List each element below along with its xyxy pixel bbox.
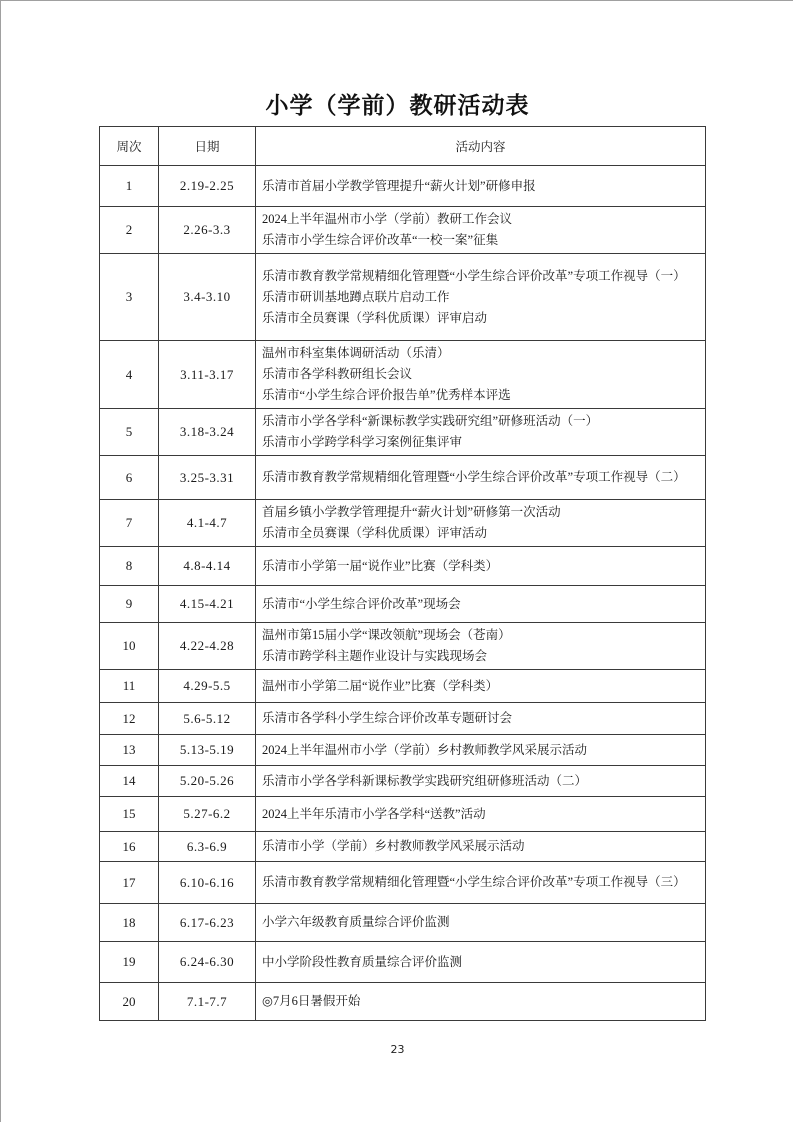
table-row: 53.18-3.24乐清市小学各学科“新课标教学实践研究组”研修班活动（一）乐清… — [100, 409, 706, 456]
table-row: 186.17-6.23小学六年级教育质量综合评价监测 — [100, 904, 706, 942]
activity-cell: 乐清市小学第一届“说作业”比赛（学科类） — [256, 547, 706, 586]
activity-cell: 小学六年级教育质量综合评价监测 — [256, 904, 706, 942]
activity-cell: 温州市科室集体调研活动（乐清）乐清市各学科教研组长会议乐清市“小学生综合评价报告… — [256, 341, 706, 409]
activity-item: 乐清市“小学生综合评价报告单”优秀样本评选 — [262, 385, 699, 406]
activity-item: 乐清市教育教学常规精细化管理暨“小学生综合评价改革”专项工作视导（三） — [262, 872, 699, 893]
table-row: 207.1-7.7◎7月6日暑假开始 — [100, 983, 706, 1021]
activity-cell: 乐清市小学各学科“新课标教学实践研究组”研修班活动（一）乐清市小学跨学科学习案例… — [256, 409, 706, 456]
activity-item: 小学六年级教育质量综合评价监测 — [262, 912, 699, 933]
date-cell: 3.25-3.31 — [159, 456, 256, 500]
table-row: 114.29-5.5温州市小学第二届“说作业”比赛（学科类） — [100, 670, 706, 703]
activity-item: 首届乡镇小学教学管理提升“薪火计划”研修第一次活动 — [262, 502, 699, 523]
activity-cell: 首届乡镇小学教学管理提升“薪火计划”研修第一次活动乐清市全员赛课（学科优质课）评… — [256, 500, 706, 547]
week-cell: 1 — [100, 166, 159, 207]
week-cell: 3 — [100, 254, 159, 341]
activity-item: 乐清市小学跨学科学习案例征集评审 — [262, 432, 699, 453]
activity-item: 乐清市小学（学前）乡村教师教学风采展示活动 — [262, 836, 699, 857]
activity-cell: 中小学阶段性教育质量综合评价监测 — [256, 942, 706, 983]
date-cell: 3.18-3.24 — [159, 409, 256, 456]
activity-cell: 乐清市首届小学教学管理提升“薪火计划”研修申报 — [256, 166, 706, 207]
table-row: 155.27-6.22024上半年乐清市小学各学科“送教”活动 — [100, 797, 706, 832]
table-row: 94.15-4.21乐清市“小学生综合评价改革”现场会 — [100, 586, 706, 623]
activity-item: 2024上半年温州市小学（学前）乡村教师教学风采展示活动 — [262, 740, 699, 761]
activity-item: 2024上半年温州市小学（学前）教研工作会议 — [262, 209, 699, 230]
table-header-row: 周次 日期 活动内容 — [100, 127, 706, 166]
activity-cell: 2024上半年乐清市小学各学科“送教”活动 — [256, 797, 706, 832]
table-row: 166.3-6.9乐清市小学（学前）乡村教师教学风采展示活动 — [100, 832, 706, 862]
table-row: 22.26-3.32024上半年温州市小学（学前）教研工作会议乐清市小学生综合评… — [100, 207, 706, 254]
activity-cell: 2024上半年温州市小学（学前）乡村教师教学风采展示活动 — [256, 735, 706, 766]
table-row: 196.24-6.30中小学阶段性教育质量综合评价监测 — [100, 942, 706, 983]
week-cell: 17 — [100, 862, 159, 904]
date-cell: 5.6-5.12 — [159, 703, 256, 735]
activity-item: 乐清市教育教学常规精细化管理暨“小学生综合评价改革”专项工作视导（二） — [262, 467, 699, 488]
date-cell: 4.8-4.14 — [159, 547, 256, 586]
week-cell: 13 — [100, 735, 159, 766]
week-cell: 15 — [100, 797, 159, 832]
week-cell: 11 — [100, 670, 159, 703]
activity-item: 温州市第15届小学“课改领航”现场会（苍南） — [262, 625, 699, 646]
date-cell: 6.24-6.30 — [159, 942, 256, 983]
activity-item: 乐清市全员赛课（学科优质课）评审活动 — [262, 523, 699, 544]
header-week: 周次 — [100, 127, 159, 166]
table-row: 74.1-4.7首届乡镇小学教学管理提升“薪火计划”研修第一次活动乐清市全员赛课… — [100, 500, 706, 547]
activity-item: 乐清市小学第一届“说作业”比赛（学科类） — [262, 556, 699, 577]
date-cell: 5.13-5.19 — [159, 735, 256, 766]
date-cell: 6.10-6.16 — [159, 862, 256, 904]
activity-item: 乐清市教育教学常规精细化管理暨“小学生综合评价改革”专项工作视导（一） — [262, 266, 699, 287]
activity-cell: 乐清市各学科小学生综合评价改革专题研讨会 — [256, 703, 706, 735]
week-cell: 5 — [100, 409, 159, 456]
week-cell: 9 — [100, 586, 159, 623]
week-cell: 10 — [100, 623, 159, 670]
date-cell: 7.1-7.7 — [159, 983, 256, 1021]
table-row: 84.8-4.14乐清市小学第一届“说作业”比赛（学科类） — [100, 547, 706, 586]
date-cell: 6.3-6.9 — [159, 832, 256, 862]
table-row: 145.20-5.26乐清市小学各学科新课标教学实践研究组研修班活动（二） — [100, 766, 706, 797]
activity-schedule-table: 周次 日期 活动内容 12.19-2.25乐清市首届小学教学管理提升“薪火计划”… — [99, 126, 706, 1021]
week-cell: 6 — [100, 456, 159, 500]
activity-item: 乐清市小学生综合评价改革“一校一案”征集 — [262, 230, 699, 251]
date-cell: 6.17-6.23 — [159, 904, 256, 942]
week-cell: 18 — [100, 904, 159, 942]
week-cell: 19 — [100, 942, 159, 983]
activity-item: 乐清市小学各学科“新课标教学实践研究组”研修班活动（一） — [262, 411, 699, 432]
activity-item: 乐清市跨学科主题作业设计与实践现场会 — [262, 646, 699, 667]
table-row: 104.22-4.28温州市第15届小学“课改领航”现场会（苍南）乐清市跨学科主… — [100, 623, 706, 670]
date-cell: 5.27-6.2 — [159, 797, 256, 832]
week-cell: 20 — [100, 983, 159, 1021]
week-cell: 12 — [100, 703, 159, 735]
week-cell: 14 — [100, 766, 159, 797]
activity-cell: ◎7月6日暑假开始 — [256, 983, 706, 1021]
activity-cell: 温州市第15届小学“课改领航”现场会（苍南）乐清市跨学科主题作业设计与实践现场会 — [256, 623, 706, 670]
activity-cell: 乐清市教育教学常规精细化管理暨“小学生综合评价改革”专项工作视导（一）乐清市研训… — [256, 254, 706, 341]
activity-item: 乐清市各学科小学生综合评价改革专题研讨会 — [262, 708, 699, 729]
activity-item: 乐清市全员赛课（学科优质课）评审启动 — [262, 308, 699, 329]
document-page: 小学（学前）教研活动表 周次 日期 活动内容 12.19-2.25乐清市首届小学… — [0, 0, 793, 1122]
activity-item: 乐清市“小学生综合评价改革”现场会 — [262, 594, 699, 615]
table-row: 33.4-3.10乐清市教育教学常规精细化管理暨“小学生综合评价改革”专项工作视… — [100, 254, 706, 341]
table-row: 63.25-3.31乐清市教育教学常规精细化管理暨“小学生综合评价改革”专项工作… — [100, 456, 706, 500]
date-cell: 3.11-3.17 — [159, 341, 256, 409]
activity-cell: 乐清市教育教学常规精细化管理暨“小学生综合评价改革”专项工作视导（二） — [256, 456, 706, 500]
activity-cell: 乐清市“小学生综合评价改革”现场会 — [256, 586, 706, 623]
week-cell: 2 — [100, 207, 159, 254]
activity-item: 2024上半年乐清市小学各学科“送教”活动 — [262, 804, 699, 825]
activity-item: ◎7月6日暑假开始 — [262, 991, 699, 1012]
table-row: 176.10-6.16乐清市教育教学常规精细化管理暨“小学生综合评价改革”专项工… — [100, 862, 706, 904]
activity-cell: 2024上半年温州市小学（学前）教研工作会议乐清市小学生综合评价改革“一校一案”… — [256, 207, 706, 254]
date-cell: 4.22-4.28 — [159, 623, 256, 670]
activity-item: 中小学阶段性教育质量综合评价监测 — [262, 952, 699, 973]
activity-item: 乐清市各学科教研组长会议 — [262, 364, 699, 385]
table-row: 125.6-5.12乐清市各学科小学生综合评价改革专题研讨会 — [100, 703, 706, 735]
week-cell: 16 — [100, 832, 159, 862]
week-cell: 7 — [100, 500, 159, 547]
date-cell: 4.1-4.7 — [159, 500, 256, 547]
activity-item: 温州市小学第二届“说作业”比赛（学科类） — [262, 676, 699, 697]
header-content: 活动内容 — [256, 127, 706, 166]
activity-item: 温州市科室集体调研活动（乐清） — [262, 343, 699, 364]
activity-item: 乐清市小学各学科新课标教学实践研究组研修班活动（二） — [262, 771, 699, 792]
activity-item: 乐清市研训基地蹲点联片启动工作 — [262, 287, 699, 308]
page-title: 小学（学前）教研活动表 — [1, 87, 793, 121]
header-date: 日期 — [159, 127, 256, 166]
date-cell: 4.29-5.5 — [159, 670, 256, 703]
date-cell: 5.20-5.26 — [159, 766, 256, 797]
date-cell: 3.4-3.10 — [159, 254, 256, 341]
date-cell: 4.15-4.21 — [159, 586, 256, 623]
table-row: 43.11-3.17温州市科室集体调研活动（乐清）乐清市各学科教研组长会议乐清市… — [100, 341, 706, 409]
date-cell: 2.26-3.3 — [159, 207, 256, 254]
table-row: 135.13-5.192024上半年温州市小学（学前）乡村教师教学风采展示活动 — [100, 735, 706, 766]
activity-item: 乐清市首届小学教学管理提升“薪火计划”研修申报 — [262, 176, 699, 197]
page-number: 23 — [1, 1043, 793, 1056]
table-body: 12.19-2.25乐清市首届小学教学管理提升“薪火计划”研修申报22.26-3… — [100, 166, 706, 1021]
activity-cell: 乐清市小学（学前）乡村教师教学风采展示活动 — [256, 832, 706, 862]
table-row: 12.19-2.25乐清市首届小学教学管理提升“薪火计划”研修申报 — [100, 166, 706, 207]
week-cell: 8 — [100, 547, 159, 586]
activity-cell: 乐清市小学各学科新课标教学实践研究组研修班活动（二） — [256, 766, 706, 797]
activity-cell: 温州市小学第二届“说作业”比赛（学科类） — [256, 670, 706, 703]
week-cell: 4 — [100, 341, 159, 409]
date-cell: 2.19-2.25 — [159, 166, 256, 207]
activity-cell: 乐清市教育教学常规精细化管理暨“小学生综合评价改革”专项工作视导（三） — [256, 862, 706, 904]
